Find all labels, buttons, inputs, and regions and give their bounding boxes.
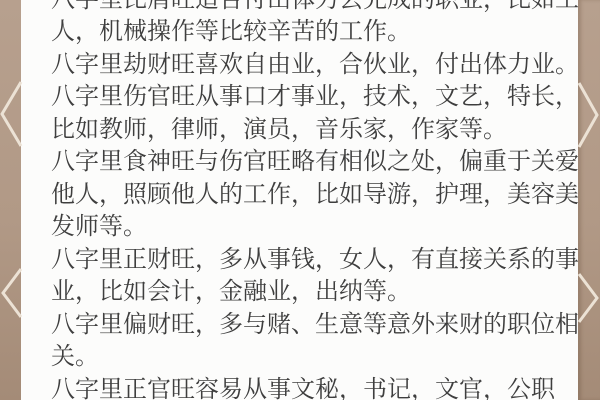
text-line: 八字里偏财旺，多与赌、生意等意外来财的职位相 — [51, 308, 591, 341]
text-line: 八字里食神旺与伤官旺略有相似之处，偏重于关爱 — [51, 145, 591, 178]
text-line: 业，比如会计，金融业，出纳等。 — [51, 275, 591, 308]
article-text: 八字里比肩旺适合付出体力去完成的职业，比如工 人，机械操作等比较辛苦的工作。 八… — [51, 0, 591, 400]
text-line: 八字里劫财旺喜欢自由业，合伙业，付出体力业。 — [51, 48, 591, 81]
left-frame-bar — [0, 0, 21, 400]
text-line: 比如教师，律师，演员，音乐家，作家等。 — [51, 113, 591, 146]
content-card: 八字里比肩旺适合付出体力去完成的职业，比如工 人，机械操作等比较辛苦的工作。 八… — [21, 0, 578, 400]
text-line: 人，机械操作等比较辛苦的工作。 — [51, 15, 591, 48]
right-frame-bar — [578, 0, 600, 400]
text-line: 八字里正官旺容易从事文秘，书记，文官，公职 — [51, 373, 591, 400]
text-line: 发师等。 — [51, 210, 591, 243]
text-line: 八字里伤官旺从事口才事业，技术，文艺，特长， — [51, 80, 591, 113]
text-line: 他人，照顾他人的工作，比如导游，护理，美容美 — [51, 178, 591, 211]
page-viewport: 八字里比肩旺适合付出体力去完成的职业，比如工 人，机械操作等比较辛苦的工作。 八… — [0, 0, 600, 400]
text-line: 八字里比肩旺适合付出体力去完成的职业，比如工 — [51, 0, 591, 15]
text-line: 八字里正财旺，多从事钱，女人，有直接关系的事 — [51, 243, 591, 276]
text-line: 关。 — [51, 340, 591, 373]
